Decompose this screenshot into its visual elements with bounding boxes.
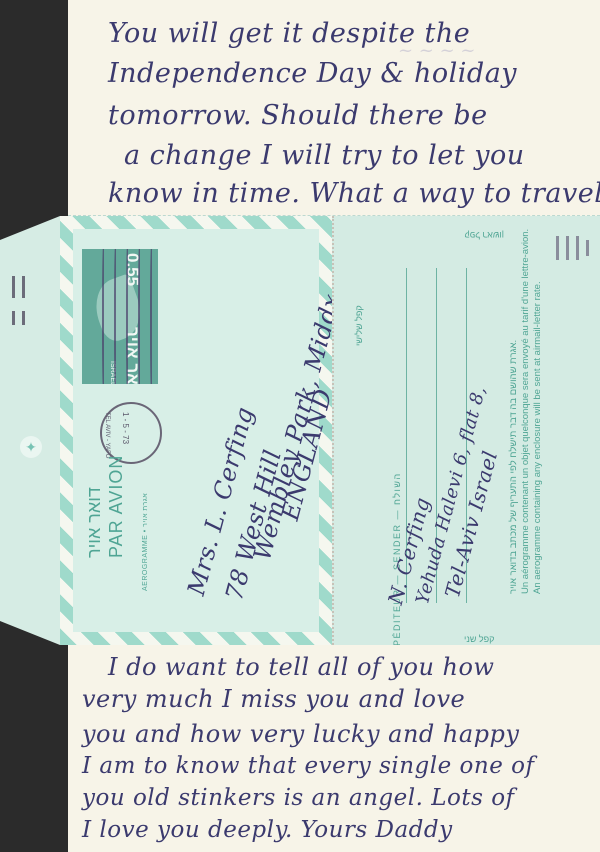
fold-third-label: קפל שלישי (354, 305, 364, 346)
cancel-bar (586, 240, 589, 256)
cancel-bar (22, 311, 25, 325)
letter-bottom-panel: I do want to tell all of you how very mu… (68, 645, 600, 852)
printed-stamp: 0.55 דואר אויר ISRAEL (82, 249, 158, 384)
cancel-bar (22, 276, 25, 298)
cancellation-line (114, 249, 118, 384)
fold-first-label: קפל ראשון (464, 230, 504, 240)
par-avion-hebrew: דואר אויר (84, 487, 105, 558)
fold-second-label: קפל שני (464, 634, 494, 644)
cancel-bar (12, 311, 15, 325)
letter-line: I do want to tell all of you how (108, 653, 494, 681)
aerogramme-label: AEROGRAMME • אגרת אויר (142, 493, 149, 591)
par-avion-label: PAR AVION (106, 455, 127, 558)
cancel-bar (12, 276, 15, 298)
cancel-bar (556, 236, 559, 260)
letter-line: know in time. What a way to travel! (108, 178, 600, 209)
letter-line: tomorrow. Should there be (108, 100, 488, 131)
letter-line: you and how very lucky and happy (82, 720, 519, 748)
postmark-city: TEL AVIV - YAFO (104, 412, 110, 458)
letter-line: a change I will try to let you (124, 140, 525, 171)
cancellation-line (150, 249, 154, 384)
notice-hebrew: אגרת שהושם בה דבר תישלח לפי התעריף של מכ… (508, 340, 519, 594)
cancellation-line (126, 249, 130, 384)
notice-french: Un aérogramme contenant un objet quelcon… (520, 229, 531, 594)
cancel-bar (566, 236, 569, 260)
notice-english: An aerogramme containing any enclosure w… (532, 281, 543, 594)
deer-logo-icon: ✦ (20, 436, 42, 458)
letter-top-panel: ~ ~ ~ ~ You will get it despite the Inde… (68, 0, 600, 216)
letter-line: you old stinkers is an angel. Lots of (82, 785, 515, 811)
letter-line: I love you deeply. Yours Daddy (82, 817, 453, 843)
postmark-date: 1 - 5 - 73 (121, 412, 130, 444)
cancellation-line (102, 249, 106, 384)
letter-line: You will get it despite the (108, 18, 470, 49)
cancellation-line (138, 249, 142, 384)
scanned-aerogramme: ~ ~ ~ ~ You will get it despite the Inde… (0, 0, 600, 852)
letter-line: Independence Day & holiday (108, 58, 517, 89)
aerogramme-sheet: ✦ 0.55 דואר אויר ISRAEL TEL AVIV - YAFO … (0, 216, 600, 645)
letter-line: I am to know that every single one of (82, 753, 534, 779)
cancel-bar (576, 236, 579, 260)
letter-line: very much I miss you and love (82, 685, 465, 713)
